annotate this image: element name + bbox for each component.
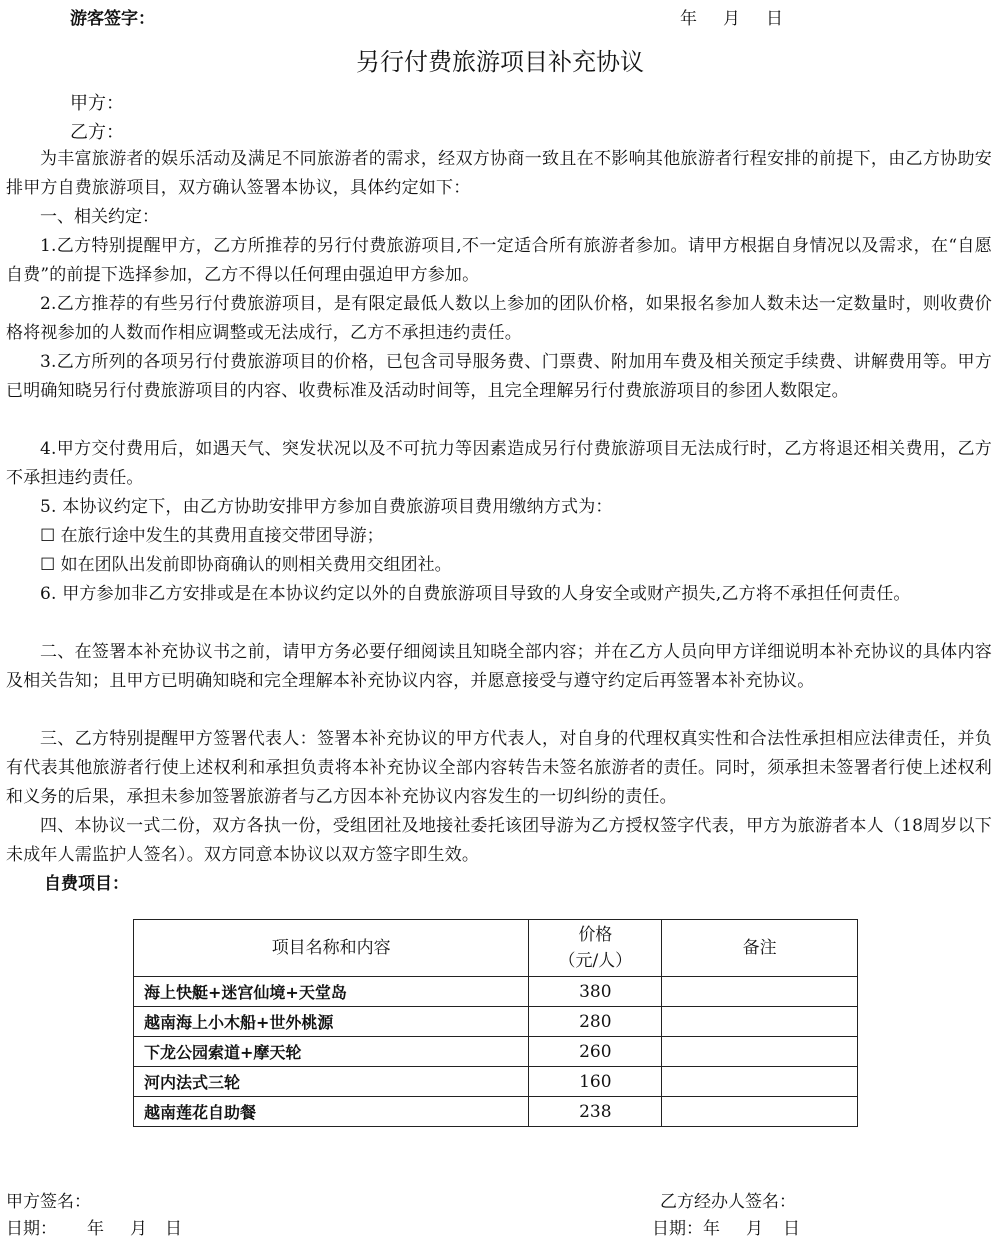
date-label: 日期： <box>652 1219 703 1239</box>
table-row: 下龙公园索道+摩天轮 260 <box>134 1037 858 1067</box>
party-b-signature-label: 乙方经办人签名： <box>660 1187 796 1212</box>
item-price: 280 <box>529 1007 662 1037</box>
item-note[interactable] <box>662 1037 858 1067</box>
item-note[interactable] <box>662 1067 858 1097</box>
section-2: 二、在签署本补充协议书之前，请甲方务必要仔细阅读且知晓全部内容；并在乙方人员向甲… <box>6 638 992 696</box>
clause-6: 6. 甲方参加非乙方安排或是在本协议约定以外的自费旅游项目导致的人身安全或财产损… <box>6 580 992 609</box>
header-price-line1: 价格 <box>539 922 651 948</box>
visitor-signature-label: 游客签字： <box>70 4 155 29</box>
item-name: 越南海上小木船+世外桃源 <box>134 1007 529 1037</box>
item-note[interactable] <box>662 977 858 1007</box>
date-label: 日期： <box>6 1219 57 1239</box>
checkbox-icon[interactable]: ☐ <box>40 526 55 546</box>
date-day: 日 <box>766 9 783 29</box>
clause-5: 5. 本协议约定下，由乙方协助安排甲方参加自费旅游项目费用缴纳方式为： <box>6 493 992 522</box>
header-name: 项目名称和内容 <box>134 920 529 977</box>
header-price: 价格 （元/人） <box>529 920 662 977</box>
table-header-row: 项目名称和内容 价格 （元/人） 备注 <box>134 920 858 977</box>
payment-option-2[interactable]: ☐ 如在团队出发前即协商确认的则相关费用交组团社。 <box>40 551 452 580</box>
clause-2: 2.乙方推荐的有些另行付费旅游项目，是有限定最低人数以上参加的团队价格，如果报名… <box>6 290 992 348</box>
item-price: 238 <box>529 1097 662 1127</box>
header-price-line2: （元/人） <box>539 948 651 974</box>
party-b-label: 乙方： <box>70 118 124 144</box>
date-month: 月 <box>130 1219 147 1239</box>
date-month: 月 <box>746 1219 763 1239</box>
header-note: 备注 <box>662 920 858 977</box>
payment-option-label: 在旅行途中发生的其费用直接交带团导游； <box>61 526 384 546</box>
checkbox-icon[interactable]: ☐ <box>40 555 55 575</box>
table-row: 海上快艇+迷宫仙境+天堂岛 380 <box>134 977 858 1007</box>
item-name: 越南莲花自助餐 <box>134 1097 529 1127</box>
items-table: 项目名称和内容 价格 （元/人） 备注 海上快艇+迷宫仙境+天堂岛 380 越南… <box>133 919 858 1127</box>
party-a-label: 甲方： <box>70 89 124 115</box>
table-row: 越南海上小木船+世外桃源 280 <box>134 1007 858 1037</box>
item-name: 河内法式三轮 <box>134 1067 529 1097</box>
date-month: 月 <box>723 9 740 29</box>
table-row: 河内法式三轮 160 <box>134 1067 858 1097</box>
header-date: 年月日 <box>680 4 783 29</box>
item-price: 380 <box>529 977 662 1007</box>
party-a-signature-label: 甲方签名： <box>6 1187 91 1212</box>
section1-heading: 一、相关约定： <box>40 203 159 232</box>
date-year: 年 <box>703 1219 720 1239</box>
items-heading: 自费项目： <box>44 869 129 894</box>
item-note[interactable] <box>662 1007 858 1037</box>
item-price: 260 <box>529 1037 662 1067</box>
payment-option-1[interactable]: ☐ 在旅行途中发生的其费用直接交带团导游； <box>40 522 384 551</box>
section-3: 三、乙方特别提醒甲方签署代表人：签署本补充协议的甲方代表人，对自身的代理权真实性… <box>6 725 992 812</box>
clause-4: 4.甲方交付费用后，如遇天气、突发状况以及不可抗力等因素造成另行付费旅游项目无法… <box>6 435 992 493</box>
date-day: 日 <box>783 1219 800 1239</box>
table-row: 越南莲花自助餐 238 <box>134 1097 858 1127</box>
party-b-date: 日期：年月日 <box>652 1214 800 1239</box>
intro-paragraph: 为丰富旅游者的娱乐活动及满足不同旅游者的需求，经双方协商一致且在不影响其他旅游者… <box>6 145 992 203</box>
item-price: 160 <box>529 1067 662 1097</box>
clause-1: 1.乙方特别提醒甲方，乙方所推荐的另行付费旅游项目,不一定适合所有旅游者参加。请… <box>6 232 992 290</box>
item-name: 海上快艇+迷宫仙境+天堂岛 <box>134 977 529 1007</box>
party-a-date: 日期：年月日 <box>6 1214 182 1239</box>
item-note[interactable] <box>662 1097 858 1127</box>
date-day: 日 <box>165 1219 182 1239</box>
clause-3: 3.乙方所列的各项另行付费旅游项目的价格，已包含司导服务费、门票费、附加用车费及… <box>6 348 992 406</box>
date-year: 年 <box>680 9 697 29</box>
payment-option-label: 如在团队出发前即协商确认的则相关费用交组团社。 <box>61 555 452 575</box>
item-name: 下龙公园索道+摩天轮 <box>134 1037 529 1067</box>
date-year: 年 <box>87 1219 104 1239</box>
document-title: 另行付费旅游项目补充协议 <box>0 42 1000 77</box>
section-4: 四、本协议一式二份，双方各执一份，受组团社及地接社委托该团导游为乙方授权签字代表… <box>6 812 992 870</box>
